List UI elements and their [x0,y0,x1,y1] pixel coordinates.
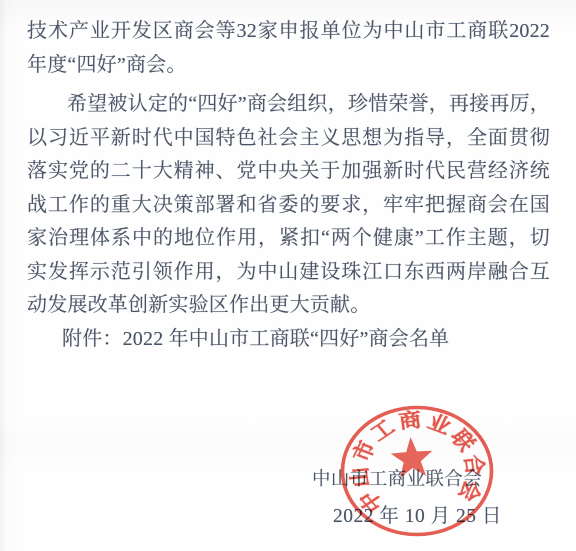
seal-char: 业 [421,409,457,440]
seal-char: 工 [364,414,402,448]
seal-char: 市 [347,436,383,467]
seal-char: 商 [395,408,425,435]
scanned-official-document: 技术产业开发区商会等32家申报单位为中山市工商联2022年度“四好”商会。 希望… [0,0,576,551]
body-paragraph-2: 希望被认定的“四好”商会组织，珍惜荣誉，再接再厉，以习近平新时代中国特色社会主义… [27,88,550,323]
seal-char: 联 [443,424,481,458]
issuer-signature: 中山市工商业联合会 [312,465,482,491]
attachment-line: 附件：2022 年中山市工商联“四好”商会名单 [27,323,550,357]
issue-date: 2022 年 10 月 25 日 [333,500,502,528]
body-paragraph-1: 技术产业开发区商会等32家申报单位为中山市工商联2022年度“四好”商会。 [27,15,550,82]
document-body: 技术产业开发区商会等32家申报单位为中山市工商联2022年度“四好”商会。 希望… [27,0,550,356]
